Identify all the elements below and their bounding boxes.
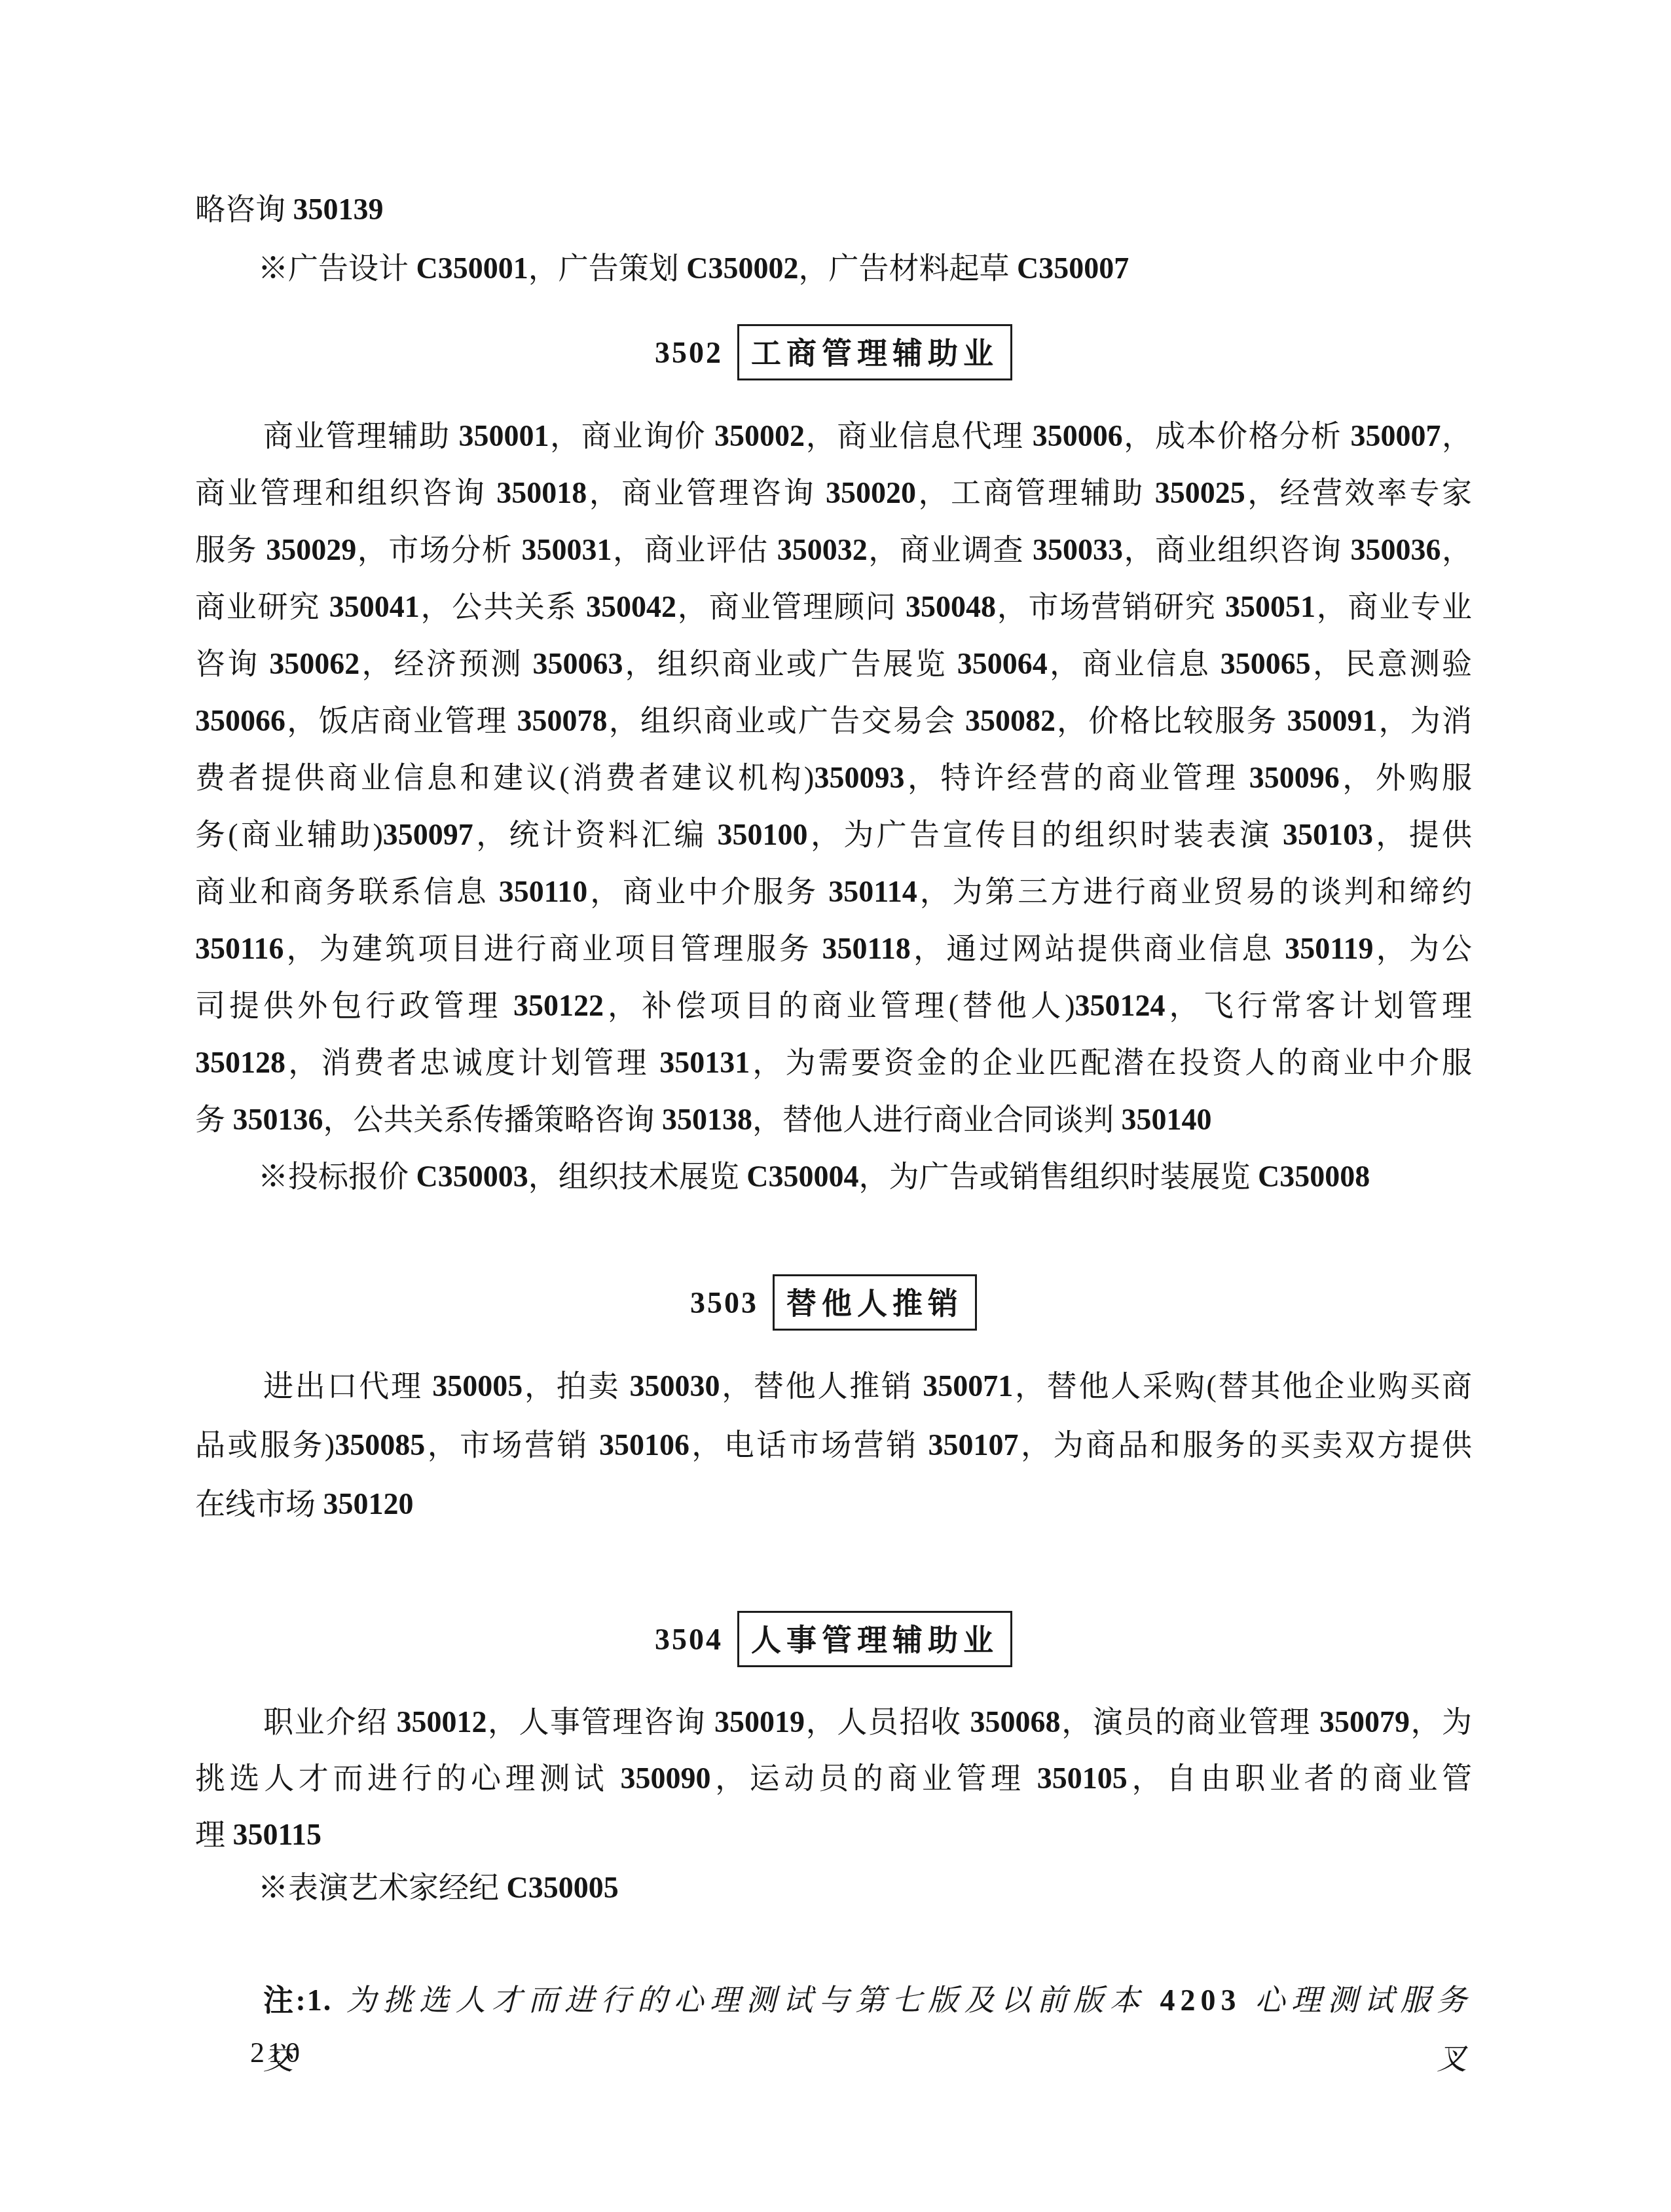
paragraph-line: 350128，消费者忠诚度计划管理 350131，为需要资金的企业匹配潜在投资人… [195,1034,1472,1091]
section-body-3502: 商业管理辅助 350001，商业询价 350002，商业信息代理 350006，… [195,407,1472,1148]
paragraph-line: 务 350136，公共关系传播策略咨询 350138，替他人进行商业合同谈判 3… [195,1091,1472,1148]
paragraph-line: 职业介绍 350012，人事管理咨询 350019，人员招收 350068，演员… [195,1694,1472,1750]
paragraph-line: 商业管理辅助 350001，商业询价 350002，商业信息代理 350006，… [195,407,1472,464]
footnote-prefix: 注:1. [263,1983,332,2017]
paragraph-line: 在线市场 350120 [195,1475,1472,1534]
section-code: 3502 [655,336,723,369]
section-body-3504: 职业介绍 350012，人事管理咨询 350019，人员招收 350068，演员… [195,1694,1472,1863]
paragraph-line: 进出口代理 350005，拍卖 350030，替他人推销 350071，替他人采… [195,1357,1472,1416]
section-heading-3502: 3502工商管理辅助业 [195,324,1472,380]
paragraph-line: 350116，为建筑项目进行商业项目管理服务 350118，通过网站提供商业信息… [195,920,1472,977]
section-heading-3503: 3503替他人推销 [195,1274,1472,1331]
paragraph-line: 司提供外包行政管理 350122，补偿项目的商业管理(替他人)350124，飞行… [195,977,1472,1034]
paragraph-line: 服务 350029，市场分析 350031，商业评估 350032，商业调查 3… [195,521,1472,578]
starred-items-line: ※投标报价 C350003，组织技术展览 C350004，为广告或销售组织时装展… [195,1147,1472,1206]
paragraph-line: 商业管理和组织咨询 350018，商业管理咨询 350020，工商管理辅助 35… [195,464,1472,521]
starred-items-line: ※广告设计 C350001，广告策划 C350002，广告材料起草 C35000… [195,239,1472,298]
section-title-box: 替他人推销 [773,1274,977,1331]
document-page: 略咨询 350139 ※广告设计 C350001，广告策划 C350002，广告… [0,0,1671,2212]
starred-items-line: ※表演艺术家经纪 C350005 [195,1858,1472,1917]
paragraph-line: 挑选人才而进行的心理测试 350090，运动员的商业管理 350105，自由职业… [195,1750,1472,1807]
section-code: 3503 [690,1286,758,1319]
paragraph-line: 商业和商务联系信息 350110，商业中介服务 350114，为第三方进行商业贸… [195,863,1472,920]
page-number: 210 [250,2037,303,2069]
continuation-line: 略咨询 350139 [195,180,1472,239]
paragraph-line: 务(商业辅助)350097，统计资料汇编 350100，为广告宣传目的组织时装表… [195,806,1472,863]
section-title-box: 工商管理辅助业 [737,324,1012,380]
paragraph-line: 理 350115 [195,1807,1472,1863]
section-body-3503: 进出口代理 350005，拍卖 350030，替他人推销 350071，替他人采… [195,1357,1472,1534]
paragraph-line: 咨询 350062，经济预测 350063，组织商业或广告展览 350064，商… [195,635,1472,692]
paragraph-line: 费者提供商业信息和建议(消费者建议机构)350093，特许经营的商业管理 350… [195,749,1472,806]
text-column: 略咨询 350139 ※广告设计 C350001，广告策划 C350002，广告… [195,0,1472,2212]
footnote-line: 注:1.为挑选人才而进行的心理测试与第七版及以前版本 4203 心理测试服务交叉 [195,1971,1472,2089]
paragraph-line: 品或服务)350085，市场营销 350106，电话市场营销 350107，为商… [195,1416,1472,1475]
footnote-text: 为挑选人才而进行的心理测试与第七版及以前版本 4203 心理测试服务交叉 [263,1983,1472,2076]
paragraph-line: 商业研究 350041，公共关系 350042，商业管理顾问 350048，市场… [195,578,1472,635]
section-code: 3504 [655,1623,723,1656]
section-title-box: 人事管理辅助业 [737,1611,1012,1667]
section-heading-3504: 3504人事管理辅助业 [195,1611,1472,1667]
paragraph-line: 350066，饭店商业管理 350078，组织商业或广告交易会 350082，价… [195,692,1472,749]
